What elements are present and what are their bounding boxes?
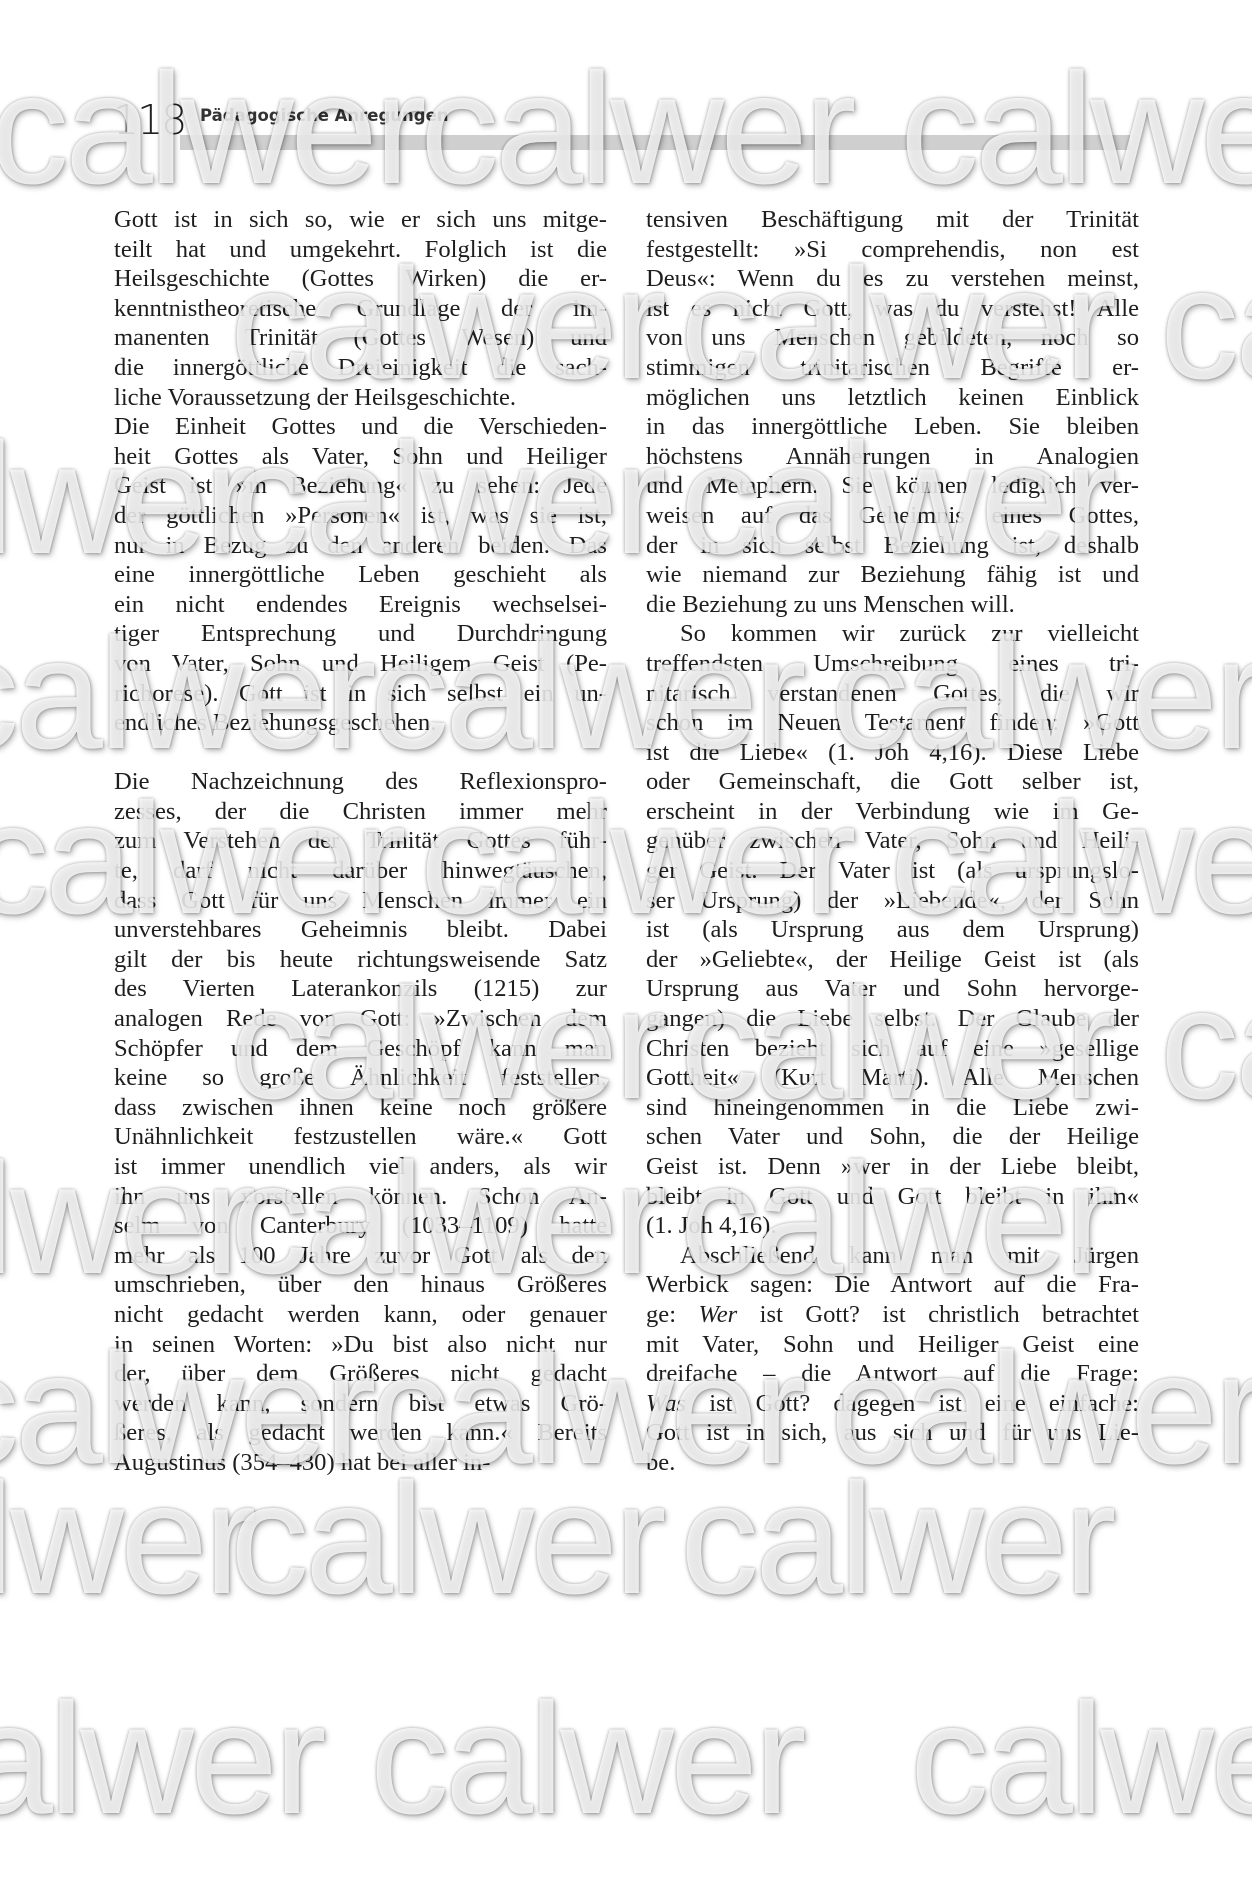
- left-column: Gott ist in sich so, wie er sich uns mit…: [114, 205, 607, 1478]
- text-line: der, über dem Größeres nicht gedacht: [114, 1359, 607, 1389]
- text-line: Schöpfer und dem Geschöpf kann man: [114, 1034, 607, 1064]
- text-line: Ursprung aus Vater und Sohn hervorge-: [646, 974, 1139, 1004]
- text-line: der göttlichen »Personen« ist, was sie i…: [114, 501, 607, 531]
- watermark-text: calwer: [900, 50, 1252, 208]
- text-line: dass zwischen ihnen keine noch größere: [114, 1093, 607, 1123]
- watermark-text: calwer: [230, 1460, 663, 1618]
- watermark-text: calwer: [910, 1680, 1252, 1838]
- page-number: 118: [113, 96, 185, 144]
- text-line: ger Geist. Der Vater ist (als ursprungsl…: [646, 856, 1139, 886]
- text-line: Unähnlichkeit festzustellen wäre.« Gott: [114, 1122, 607, 1152]
- text-line: die Beziehung zu uns Menschen will.: [646, 590, 1139, 620]
- text-line: Deus«: Wenn du es zu verstehen meinst,: [646, 264, 1139, 294]
- watermark-text: calwer: [0, 1680, 323, 1838]
- text-line: weisen auf das Geheimnis eines Gottes,: [646, 501, 1139, 531]
- text-line: ist (als Ursprung aus dem Ursprung): [646, 915, 1139, 945]
- text-line: [114, 738, 607, 768]
- text-line: selm von Canterbury (1033–1109) hatte: [114, 1211, 607, 1241]
- text-line: eine innergöttliche Leben geschieht als: [114, 560, 607, 590]
- text-line: erscheint in der Verbindung wie im Ge-: [646, 797, 1139, 827]
- watermark-text: calwer: [0, 1460, 253, 1618]
- text-line: ser Ursprung) der »Liebende«, der Sohn: [646, 886, 1139, 916]
- text-line: festgestellt: »Si comprehendis, non est: [646, 235, 1139, 265]
- text-line: teilt hat und umgekehrt. Folglich ist di…: [114, 235, 607, 265]
- text-line: Augustinus (354–430) hat bei aller in-: [114, 1448, 607, 1478]
- text-line: schon im Neuen Testament finden: »Gott: [646, 708, 1139, 738]
- header-rule: [180, 135, 1130, 150]
- text-line: tiger Entsprechung und Durchdringung: [114, 619, 607, 649]
- watermark-text: calwer: [1160, 245, 1252, 403]
- text-line: Was ist Gott? dagegen ist eine einfache:: [646, 1389, 1139, 1419]
- text-line: So kommen wir zurück zur vielleicht: [646, 619, 1139, 649]
- text-line: die innergöttliche Dreieinigkeit die sac…: [114, 353, 607, 383]
- text-line: ge: Wer ist Gott? ist christlich betrach…: [646, 1300, 1139, 1330]
- text-line: bleibt in Gott und Gott bleibt in ihm«: [646, 1182, 1139, 1212]
- watermark-text: calwer: [0, 50, 423, 208]
- text-line: Geist ist »in Beziehung« zu sehen: Jede: [114, 471, 607, 501]
- text-line: endliches Beziehungsgeschehen.: [114, 708, 607, 738]
- text-line: tensiven Beschäftigung mit der Trinität: [646, 205, 1139, 235]
- text-line: gangen) die Liebe selbst. Der Glaube der: [646, 1004, 1139, 1034]
- text-line: des Vierten Laterankonzils (1215) zur: [114, 974, 607, 1004]
- text-line: kenntnistheoretische Grundlage der im-: [114, 294, 607, 324]
- text-line: Die Nachzeichnung des Reflexionspro-: [114, 767, 607, 797]
- text-line: ist immer unendlich viel anders, als wir: [114, 1152, 607, 1182]
- text-line: mehr als 100 Jahre zuvor Gott als den: [114, 1241, 607, 1271]
- text-line: werden kann, sondern bist etwas Grö-: [114, 1389, 607, 1419]
- book-page: 118 Pädagogische Anregungen Gott ist in …: [0, 0, 1252, 1881]
- text-line: Gott ist in sich, aus sich und für uns L…: [646, 1418, 1139, 1448]
- text-line: keine so große Ähnlichkeit feststellen,: [114, 1063, 607, 1093]
- text-line: zum Verstehen der Trinität Gottes führ-: [114, 826, 607, 856]
- text-line: richorese). Gott ist in sich selbst ein …: [114, 679, 607, 709]
- watermark-text: calwer: [680, 1460, 1113, 1618]
- text-line: ihn uns vorstellen können. Schon An-: [114, 1182, 607, 1212]
- text-line: nur in Bezug zu den anderen beiden. Das: [114, 531, 607, 561]
- text-line: ßeres, als gedacht werden kann.« Bereits: [114, 1418, 607, 1448]
- text-line: in das innergöttliche Leben. Sie bleiben: [646, 412, 1139, 442]
- text-line: von Vater, Sohn und Heiligem Geist (Pe-: [114, 649, 607, 679]
- text-line: dass Gott für uns Menschen immer ein: [114, 886, 607, 916]
- text-line: der »Geliebte«, der Heilige Geist ist (a…: [646, 945, 1139, 975]
- text-line: Geist ist. Denn »wer in der Liebe bleibt…: [646, 1152, 1139, 1182]
- text-line: analogen Rede von Gott: »Zwischen dem: [114, 1004, 607, 1034]
- text-line: be.: [646, 1448, 1139, 1478]
- text-line: nicht gedacht werden kann, oder genauer: [114, 1300, 607, 1330]
- text-line: Abschließend kann man mit Jürgen: [646, 1241, 1139, 1271]
- text-line: in seinen Worten: »Du bist also nicht nu…: [114, 1330, 607, 1360]
- watermark-text: calwer: [1160, 965, 1252, 1123]
- text-line: höchstens Annäherungen in Analogien: [646, 442, 1139, 472]
- text-line: Gott ist in sich so, wie er sich uns mit…: [114, 205, 607, 235]
- text-line: unverstehbares Geheimnis bleibt. Dabei: [114, 915, 607, 945]
- text-line: ist die Liebe« (1. Joh 4,16). Diese Lieb…: [646, 738, 1139, 768]
- text-line: Werbick sagen: Die Antwort auf die Fra-: [646, 1270, 1139, 1300]
- running-head: Pädagogische Anregungen: [200, 106, 449, 125]
- text-line: Christen bezieht sich auf eine »gesellig…: [646, 1034, 1139, 1064]
- text-line: sind hineingenommen in die Liebe zwi-: [646, 1093, 1139, 1123]
- text-line: (1. Joh 4,16).: [646, 1211, 1139, 1241]
- watermark-text: calwer: [420, 50, 853, 208]
- watermark-text: calwer: [370, 1680, 803, 1838]
- text-line: und Metaphern. Sie können lediglich ver-: [646, 471, 1139, 501]
- text-line: heit Gottes als Vater, Sohn und Heiliger: [114, 442, 607, 472]
- text-line: umschrieben, über den hinaus Größeres: [114, 1270, 607, 1300]
- text-line: ist es nicht Gott, was du verstehst! All…: [646, 294, 1139, 324]
- text-line: stimmigen trinitarischen Begriffe er-: [646, 353, 1139, 383]
- text-line: dreifache – die Antwort auf die Frage:: [646, 1359, 1139, 1389]
- text-line: nitarisch verstandenen Gottes, die wir: [646, 679, 1139, 709]
- text-line: ein nicht endendes Ereignis wechselsei-: [114, 590, 607, 620]
- text-line: Gottheit« (Kurt Marti). Alle Menschen: [646, 1063, 1139, 1093]
- text-line: gilt der bis heute richtungsweisende Sat…: [114, 945, 607, 975]
- text-line: oder Gemeinschaft, die Gott selber ist,: [646, 767, 1139, 797]
- text-line: der in sich selbst Beziehung ist, deshal…: [646, 531, 1139, 561]
- text-line: Die Einheit Gottes und die Verschieden-: [114, 412, 607, 442]
- text-line: te, darf nicht darüber hinwegtäuschen,: [114, 856, 607, 886]
- text-line: möglichen uns letztlich keinen Einblick: [646, 383, 1139, 413]
- text-line: schen Vater und Sohn, die der Heilige: [646, 1122, 1139, 1152]
- text-line: liche Voraussetzung der Heilsgeschichte.: [114, 383, 607, 413]
- text-line: zesses, der die Christen immer mehr: [114, 797, 607, 827]
- text-line: treffendsten Umschreibung eines tri-: [646, 649, 1139, 679]
- text-line: von uns Menschen gebildeten, noch so: [646, 323, 1139, 353]
- text-line: Heilsgeschichte (Gottes Wirken) die er-: [114, 264, 607, 294]
- text-line: mit Vater, Sohn und Heiliger Geist eine: [646, 1330, 1139, 1360]
- text-line: wie niemand zur Beziehung fähig ist und: [646, 560, 1139, 590]
- right-column: tensiven Beschäftigung mit der Trinitätf…: [646, 205, 1139, 1478]
- text-line: manenten Trinität (Gottes Wesen) und: [114, 323, 607, 353]
- text-line: genüber zwischen Vater, Sohn und Heili-: [646, 826, 1139, 856]
